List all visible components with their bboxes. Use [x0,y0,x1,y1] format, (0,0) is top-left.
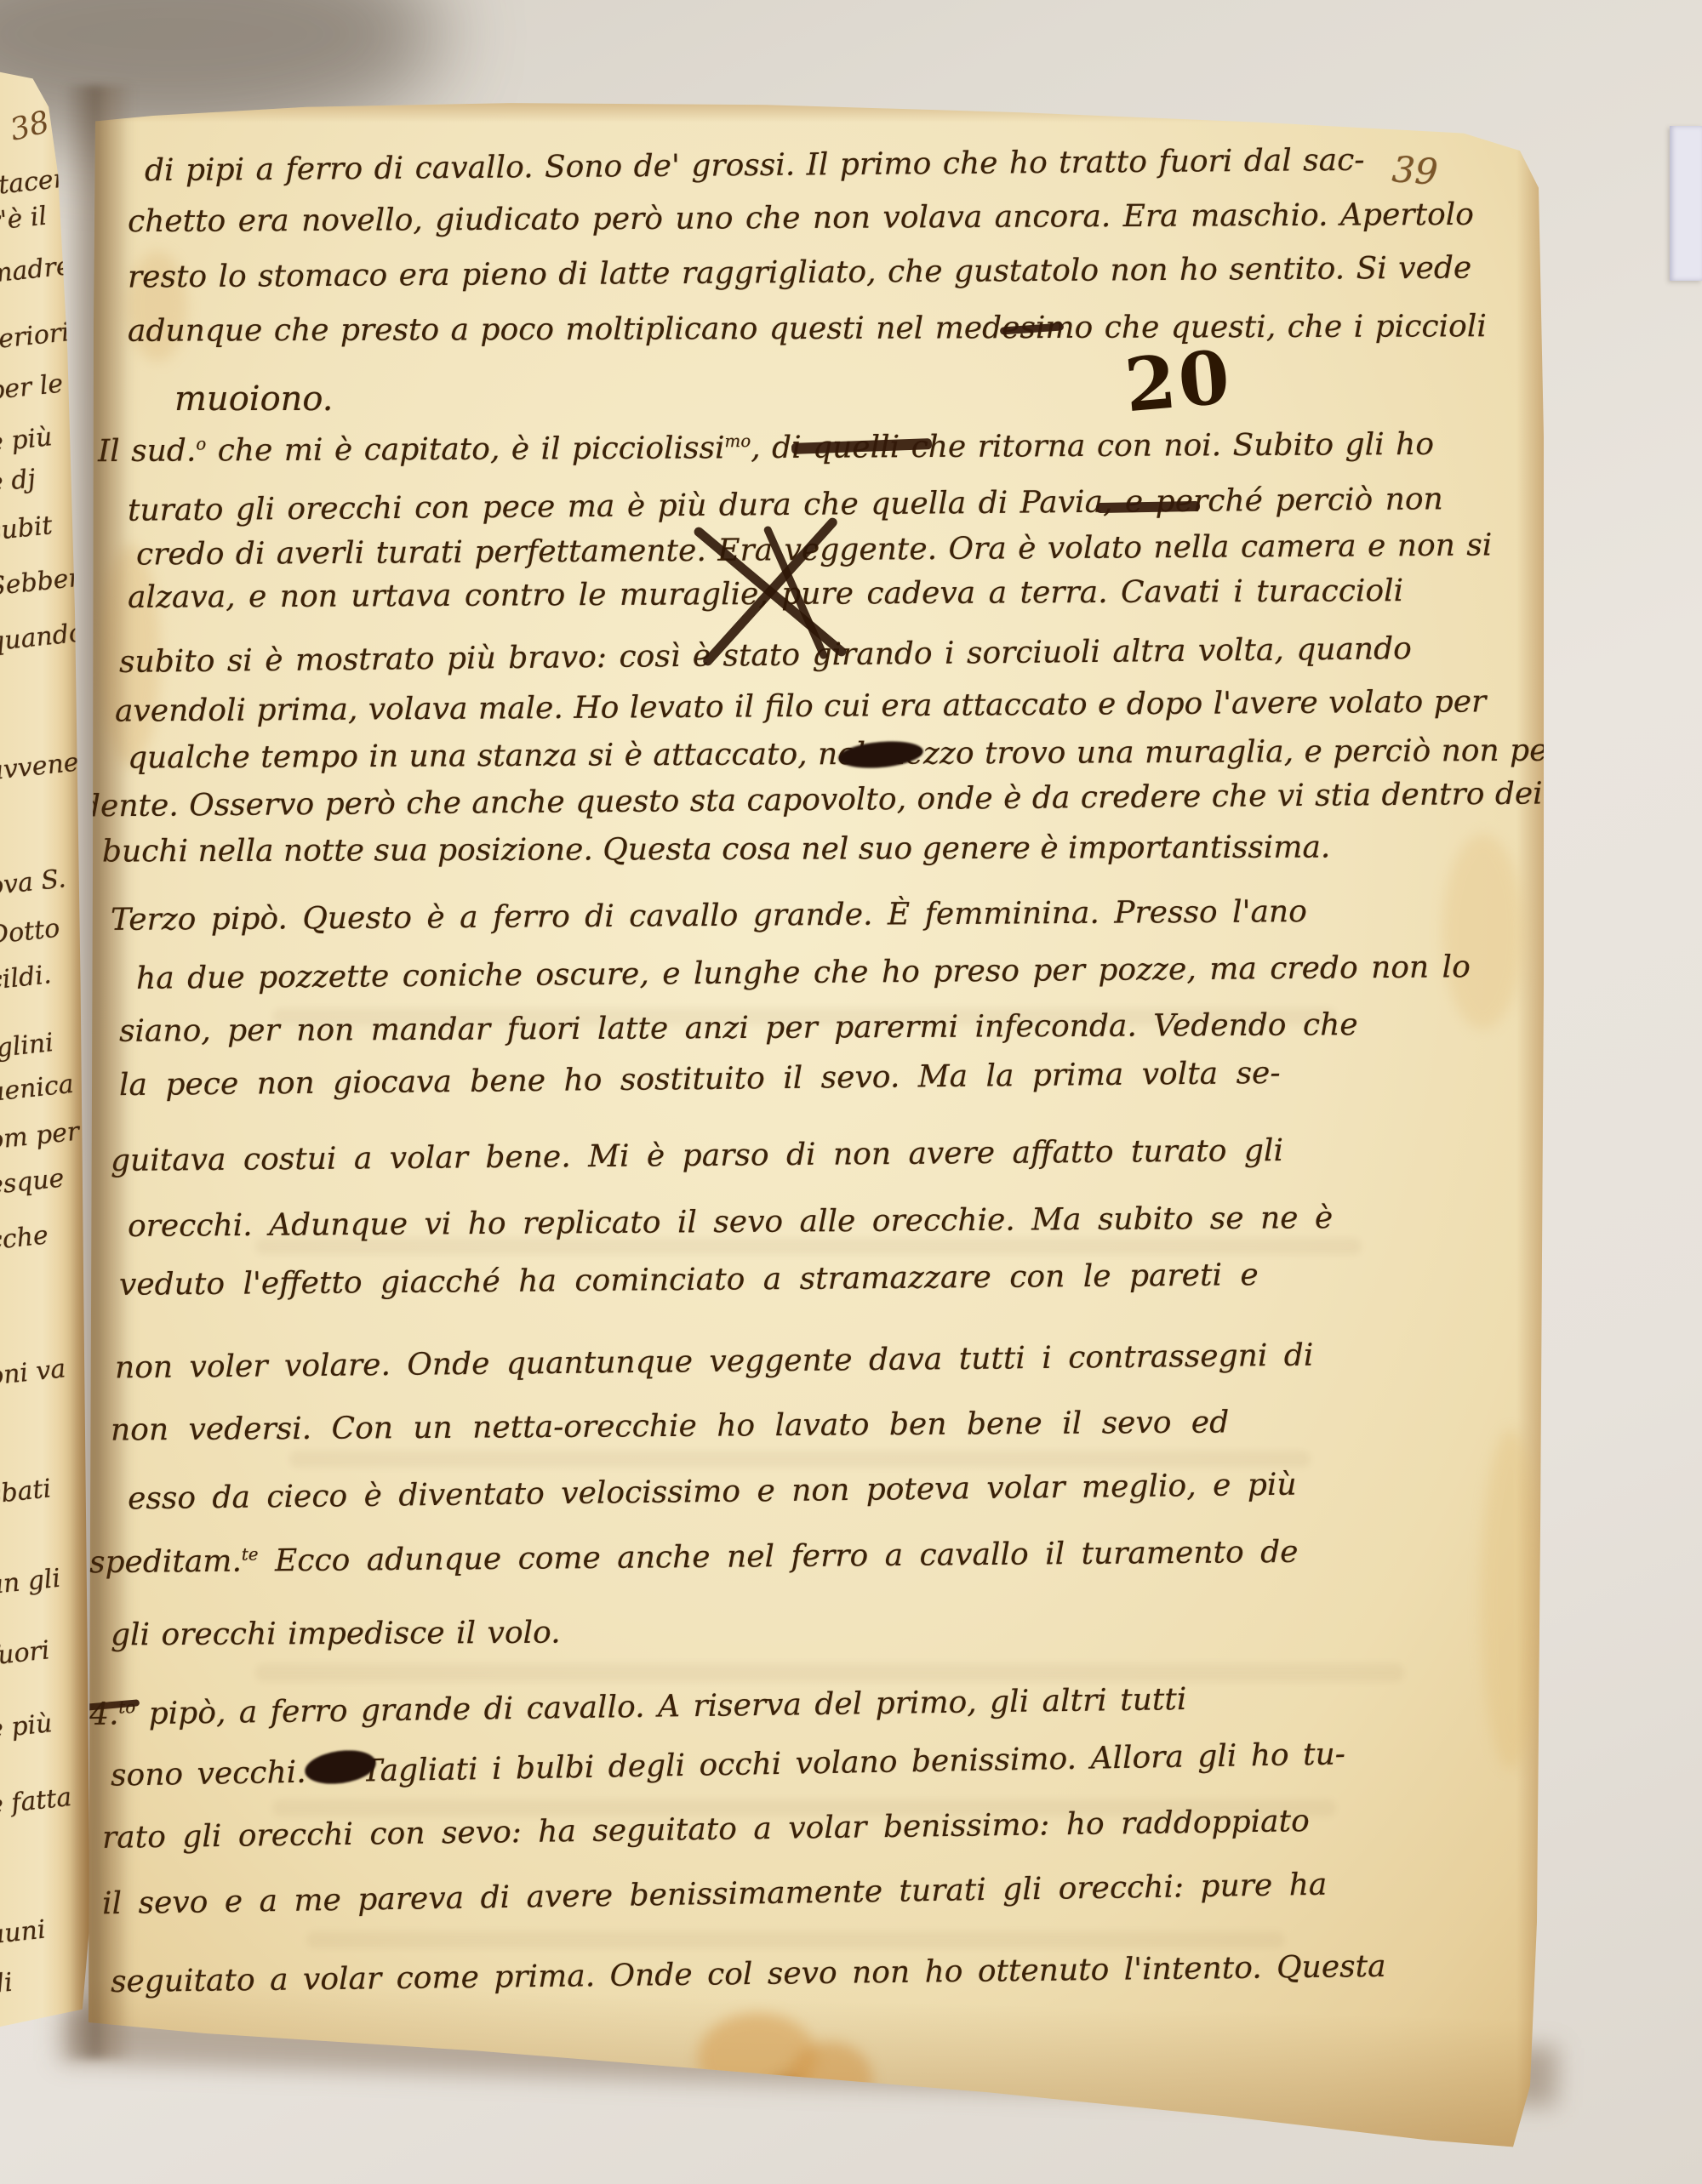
manuscript-line: la pece non giocava bene ho sostituito i… [119,1056,1281,1103]
left-page-text-fragment: r'è il [0,201,49,237]
left-page-text-fragment: per le [0,368,65,406]
left-page-text-fragment: oni va [0,1354,67,1391]
manuscript-line: speditam.te Ecco adunque come anche nel … [89,1535,1299,1580]
page-number-right: 39 [1391,148,1439,193]
previous-page-edge: 38 ttacener'è ilmadreterioriper leè piùe… [0,0,94,2184]
left-page-text-fragment: ttacene [0,162,86,202]
manuscript-line: non voler volare. Onde quantunque veggen… [115,1338,1314,1386]
left-page-text-fragment: esque [0,1163,66,1200]
manuscript-line: avendoli prima, volava male. Ho levato i… [115,684,1487,728]
left-page-text-fragment: Sebbene [0,561,94,602]
paper-stain [1442,834,1523,1029]
ink-strike [1096,501,1200,513]
left-page-text-fragment: sbati [0,1474,53,1510]
left-page-text-fragment: e fatta [0,1782,73,1821]
manuscript-line: guitava costui a volar bene. Mi è parso … [111,1133,1283,1178]
left-page-text-fragment: ova S. [0,864,67,901]
manuscript-line: non vedersi. Con un netta-orecchie ho la… [111,1405,1229,1447]
manuscript-line: Il sud.o che mi è capitato, è il picciol… [98,427,1434,469]
manuscript-line: ha due pozzette coniche oscure, e lunghe… [136,949,1471,996]
manuscript-line: il sevo e a me pareva di avere benissima… [102,1868,1328,1922]
left-page-text-fragment: e più [0,1708,54,1745]
left-page-text-fragment: avvene [0,748,80,787]
left-page-text-fragment: om per [0,1116,81,1155]
left-page-text-fragment: di [0,1968,14,2000]
left-page-text-fragment: subit [0,510,54,547]
ghost-text-line [289,1451,1311,1468]
manuscript-line: Terzo pipò. Questo è a ferro di cavallo … [111,894,1307,938]
manuscript-line: esso da cieco è diventato velocissimo e … [128,1468,1297,1517]
manuscript-line: di pipi a ferro di cavallo. Sono de' gro… [145,143,1365,189]
left-page-text-fragment: uuni [0,1915,47,1951]
manuscript-line: dente. Osservo però che anche questo sta… [81,777,1543,824]
notebook-page: 39 20 di pipi a ferro di cavallo. Sono d… [0,0,1702,2184]
manuscript-line: subito si è mostrato più bravo: così è s… [119,631,1412,680]
left-page-text-fragment: fuori [0,1635,51,1671]
manuscript-photo: 38 ttacener'è ilmadreterioriper leè piùe… [0,0,1702,2184]
manuscript-line: veduto l'effetto giacché ha cominciato a… [119,1257,1259,1303]
left-page-text-fragment: teriori [0,317,71,356]
ghost-text-line [306,1931,1285,1948]
left-page-text-fragment: iglini [0,1028,55,1064]
manuscript-line: adunque che presto a poco moltiplicano q… [128,309,1487,349]
left-page-text-fragment: madre [0,251,72,289]
left-page-text-fragment: an gli [0,1564,62,1601]
left-page-text-fragment: uenica [0,1069,75,1108]
page-number-left: 38 [7,105,53,148]
left-page-text-fragment: cildi. [0,960,53,996]
manuscript-line: chetto era novello, giudicato però uno c… [128,197,1474,239]
manuscript-line: siano, per non mandar fuori latte anzi p… [119,1007,1358,1049]
left-page-text-fragment: cche [0,1220,49,1256]
bookmark-tab [1670,126,1702,281]
manuscript-line: seguitato a volar come prima. Onde col s… [111,1949,1386,1999]
section-number: 20 [1122,334,1236,430]
manuscript-line: resto lo stomaco era pieno di latte ragg… [128,250,1471,294]
manuscript-line: 4.to pipò, a ferro grande di cavallo. A … [89,1682,1187,1732]
left-page-text-fragment: quando [0,618,86,658]
left-page-text-fragment: è più [0,422,54,459]
manuscript-line: gli orecchi impedisce il volo. [111,1616,561,1653]
paper-stain [1481,1429,1540,1770]
ghost-text-line [255,1663,1404,1682]
manuscript-line: sono vecchi. Tagliati i bulbi degli occh… [111,1736,1345,1793]
manuscript-line: turato gli orecchi con pece ma è più dur… [128,482,1443,527]
left-page-text-fragment: e dj [0,464,37,499]
manuscript-line: muoiono. [174,379,334,419]
left-page-text-fragment: Dotto [0,914,61,951]
page-right-edge-shading [1516,128,1545,2153]
manuscript-line: buchi nella notte sua posizione. Questa … [102,830,1330,869]
